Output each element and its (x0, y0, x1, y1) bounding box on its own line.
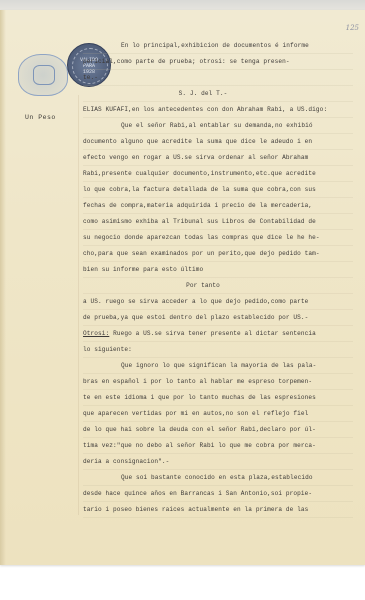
body-line: documento alguno que acredite la suma qu… (83, 134, 353, 150)
document-page: 125 VALIDO PARA 1928 Un Peso En lo princ… (0, 10, 365, 565)
statement-line: que aparecen vertidas por mi en autos,no… (83, 406, 353, 422)
body-line: ELIAS KUFAFI,en los antecedentes con don… (83, 102, 353, 118)
body-line: efecto vengo en rogar a US.se sirva orde… (83, 150, 353, 166)
petition-line: de prueba,ya que estoi dentro del plazo … (83, 310, 353, 326)
otrosi-line: lo siguiente: (83, 342, 353, 358)
body-line: lo que cobra,la factura detallada de la … (83, 182, 353, 198)
body-line: su negocio donde aparezcan todas las com… (83, 230, 353, 246)
folio-number: 125 (346, 24, 359, 32)
final-line: Que soi bastante conocido en esta plaza,… (83, 470, 353, 486)
margin-line (78, 95, 79, 515)
body-line: fechas de compra,materia adquirida i pre… (83, 198, 353, 214)
document-body: En lo principal,exhibicion de documentos… (83, 38, 353, 518)
body-line: Que el señor Rabi,al entablar su demanda… (83, 118, 353, 134)
final-line: desde hace quince años en Barrancas i Sa… (83, 486, 353, 502)
final-line: tario i poseo bienes raices actualmente … (83, 502, 353, 518)
statement-line: te en este idioma i que por lo tanto muc… (83, 390, 353, 406)
statement-line: deria a consignacion".- (83, 454, 353, 470)
stamp-denomination: Un Peso (25, 114, 56, 121)
body-line: Rabi,presente cualquier documento,instru… (83, 166, 353, 182)
header-line: En lo principal,exhibicion de documentos… (83, 38, 353, 54)
por-tanto-heading: Por tanto (83, 278, 353, 294)
body-line: bien su informe para esto último (83, 262, 353, 278)
body-line: cho,para que sean examinados por un peri… (83, 246, 353, 262)
otrosi-line: Otrosi: Ruego a US.se sirva tener presen… (83, 326, 353, 342)
header-line: te.- (83, 70, 353, 86)
statement-line: tima vez:"que no debo al señor Rabi lo q… (83, 438, 353, 454)
petition-line: a US. ruego se sirva acceder a lo que de… (83, 294, 353, 310)
addressee: S. J. del T.- (83, 86, 353, 102)
otrosi-label: Otrosi: (83, 330, 109, 337)
header-line: pericial,como parte de prueba; otrosi: s… (83, 54, 353, 70)
statement-line: Que ignoro lo que significan la mayoria … (83, 358, 353, 374)
statement-line: bras en español i por lo tanto al hablar… (83, 374, 353, 390)
coat-of-arms-stamp-icon (18, 54, 68, 96)
body-line: como asimismo exhiba al Tribunal sus Lib… (83, 214, 353, 230)
statement-line: de lo que hai sobre la deuda con el seño… (83, 422, 353, 438)
